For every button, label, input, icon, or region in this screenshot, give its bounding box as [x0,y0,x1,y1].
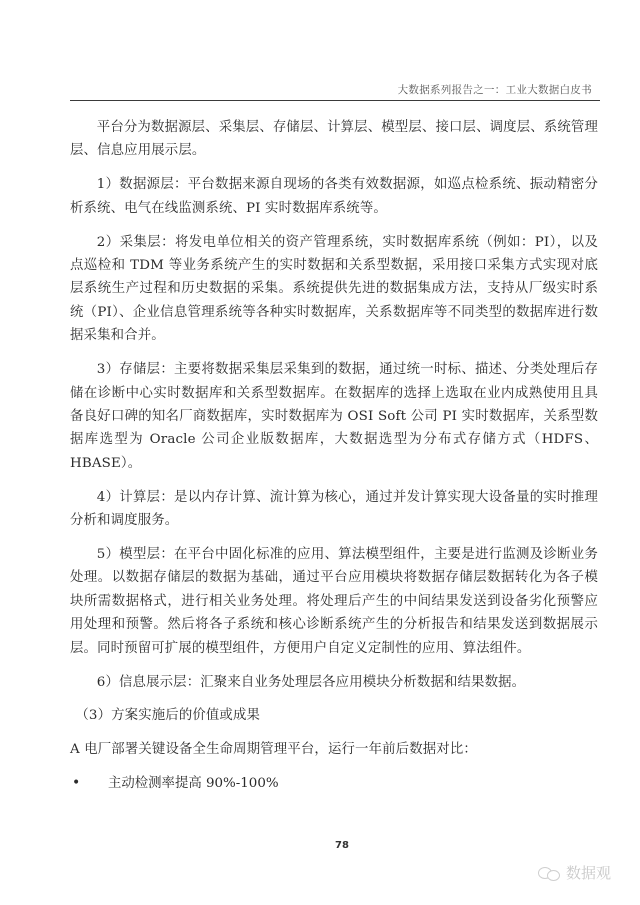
document-body: 平台分为数据源层、采集层、存储层、计算层、模型层、接口层、调度层、系统管理层、信… [70,116,598,796]
watermark-text: 数据观 [566,862,611,883]
paragraph-model-layer: 5）模型层：在平台中固化标准的应用、算法模型组件，主要是进行监测及诊断业务处理。… [70,543,598,660]
bullet-marker: • [70,772,108,795]
document-page: 大数据系列报告之一：工业大数据白皮书 平台分为数据源层、采集层、存储层、计算层、… [0,0,640,905]
watermark: 数据观 [538,862,611,883]
wechat-icon [538,865,560,881]
paragraph-data-source-layer: 1）数据源层：平台数据来源自现场的各类有效数据源，如巡点检系统、振动精密分析系统… [70,173,598,220]
header-title: 大数据系列报告之一：工业大数据白皮书 [398,82,592,97]
paragraph-compute-layer: 4）计算层：是以内存计算、流计算为核心，通过并发计算实现大设备量的实时推理分析和… [70,486,598,533]
paragraph-display-layer: 6）信息展示层：汇聚来自业务处理层各应用模块分析数据和结果数据。 [70,671,598,694]
bullet-item: • 主动检测率提高 90%-100% [70,772,598,795]
page-header: 大数据系列报告之一：工业大数据白皮书 [70,80,600,101]
section-heading: （3）方案实施后的价值或成果 [70,704,598,727]
paragraph-intro: 平台分为数据源层、采集层、存储层、计算层、模型层、接口层、调度层、系统管理层、信… [70,116,598,163]
intro-line: A 电厂部署关键设备全生命周期管理平台，运行一年前后数据对比： [70,738,598,761]
bullet-text: 主动检测率提高 90%-100% [108,772,279,795]
page-number: 78 [335,840,349,851]
paragraph-collection-layer: 2）采集层：将发电单位相关的资产管理系统，实时数据库系统（例如：PI），以及点巡… [70,231,598,348]
paragraph-storage-layer: 3）存储层：主要将数据采集层采集到的数据，通过统一时标、描述、分类处理后存储在诊… [70,358,598,475]
